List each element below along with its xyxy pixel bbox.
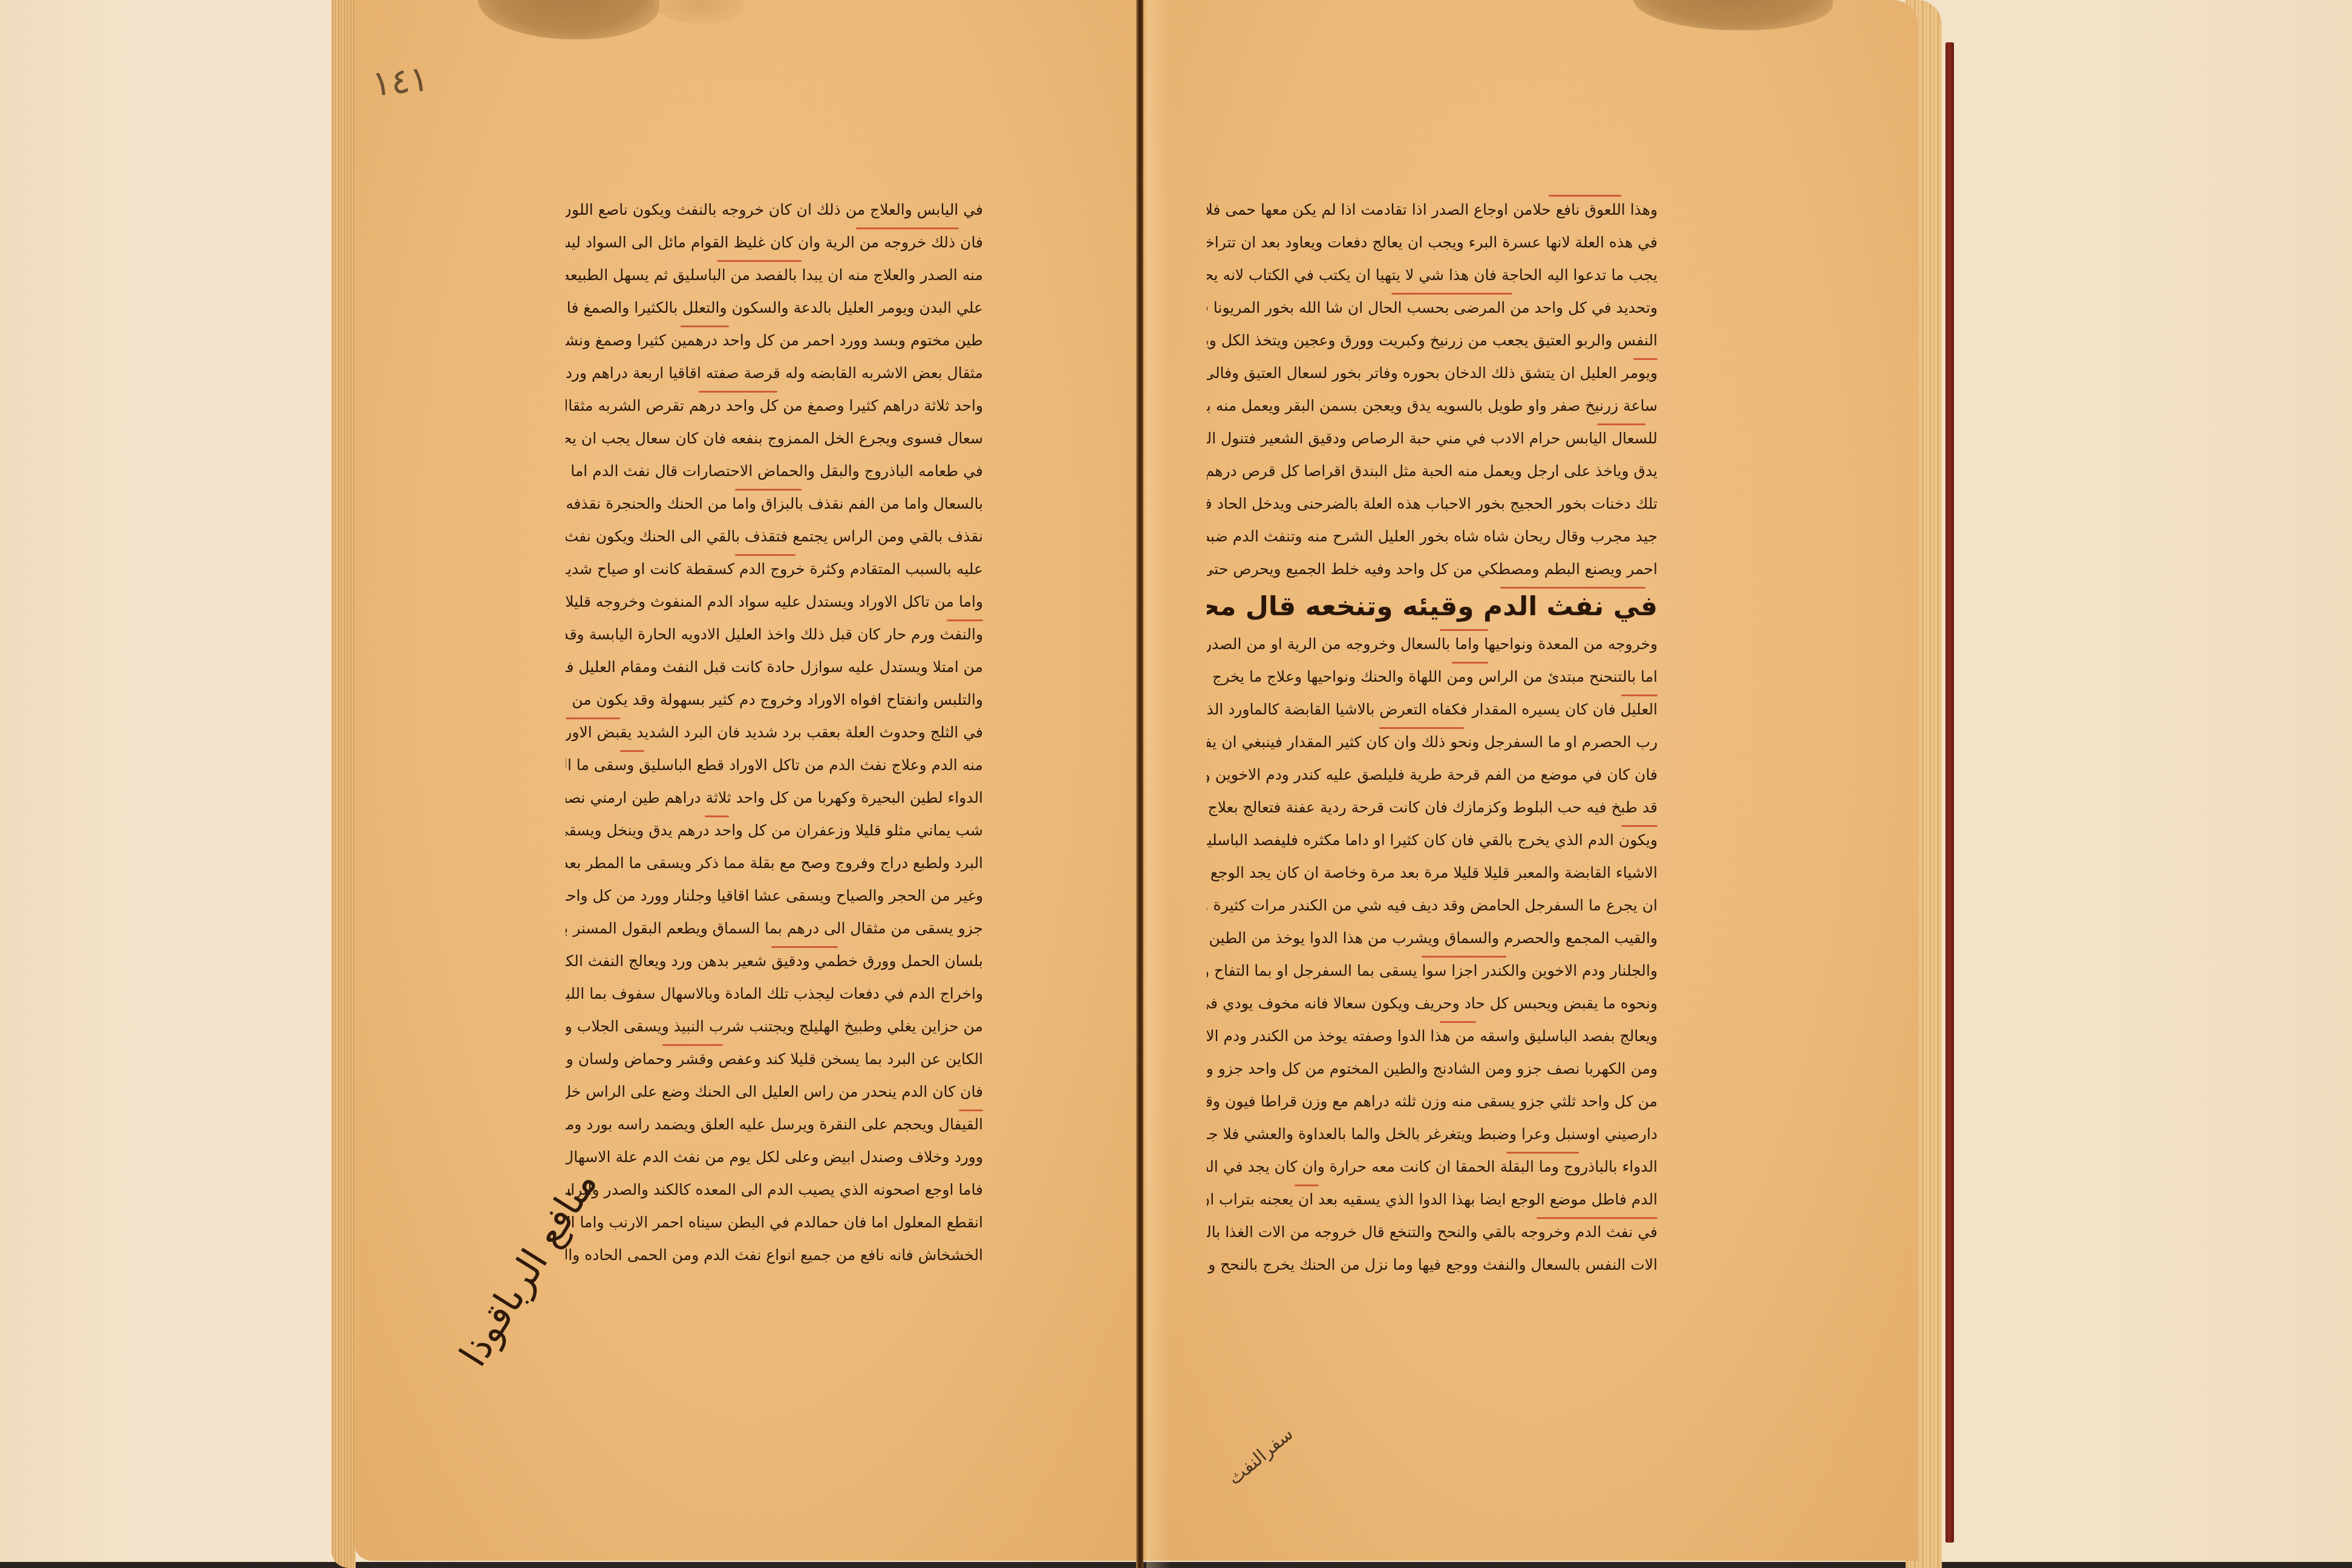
rubric-overline <box>566 717 620 719</box>
rubric-overline <box>771 946 838 948</box>
gutter-highlight <box>1146 0 1171 1568</box>
manuscript-line: ويكون الدم الذي يخرج بالقي فان كان كثيرا… <box>1207 824 1658 857</box>
right-page-text-block: وهذا اللعوق نافع حلامن اوجاع الصدر اذا ت… <box>1207 194 1658 1281</box>
manuscript-line: منه الصدر والعلاج منه ان يبدا بالفصد من … <box>566 259 983 292</box>
rubric-overline <box>947 619 983 621</box>
manuscript-line: والجلنار ودم الاخوين والكندر اجزا سوا يس… <box>1207 955 1658 987</box>
rubric-overline <box>620 750 644 752</box>
manuscript-line: العليل فان كان يسيره المقدار فكفاه التعر… <box>1207 693 1658 726</box>
manuscript-line: من كل واحد ثلثي جزو يسقى منه وزن ثلثه در… <box>1207 1085 1658 1118</box>
rubric-overline <box>1379 727 1464 729</box>
manuscript-line: في الثلج وحدوث العلة بعقب برد شديد فان ا… <box>566 716 983 749</box>
rubric-overline <box>681 325 729 327</box>
manuscript-line: من امتلا ويستدل عليه سوازل حادة كانت قبل… <box>566 651 983 684</box>
manuscript-line: البرد ولطبع دراج وفروج وصح مع بقلة مما ذ… <box>566 847 983 880</box>
rubric-overline <box>1440 629 1488 631</box>
manuscript-line: وورد وخلاف وصندل ابيض وعلى لكل يوم من نف… <box>566 1141 983 1174</box>
manuscript-line: واخراج الدم في دفعات ليجذب تلك المادة وب… <box>566 978 983 1010</box>
rubric-overline <box>1506 1152 1579 1154</box>
manuscript-line: فاما اوجع اصحونه الذي يصيب الدم الى المع… <box>566 1174 983 1206</box>
manuscript-line: في اليابس والعلاج من ذلك ان كان خروجه با… <box>566 194 983 226</box>
manuscript-line: وهذا اللعوق نافع حلامن اوجاع الصدر اذا ت… <box>1207 194 1658 226</box>
manuscript-line: ونحوه ما يقبض ويحبس كل حاد وحريف ويكون س… <box>1207 987 1658 1020</box>
manuscript-line: بلسان الحمل وورق خطمي ودقيق شعير بدهن ور… <box>566 945 983 978</box>
manuscript-line: دارصيني اوسنبل وعرا وضبط ويتغرغر بالخل و… <box>1207 1118 1658 1151</box>
manuscript-line: والتلبس وانفتاح افواه الاوراد وخروج دم ك… <box>566 684 983 716</box>
red-cover-edge <box>1945 42 1954 1543</box>
manuscript-line: الات النفس بالسعال والنفث ووجع فيها وما … <box>1207 1249 1658 1281</box>
manuscript-line: عليه بالسبب المتقادم وكثرة خروج الدم كسق… <box>566 553 983 586</box>
manuscript-line: الدم فاطل موضع الوجع ايضا بهذا الدوا الذ… <box>1207 1183 1658 1216</box>
manuscript-line: مثقال بعض الاشربه القابضه وله قرصة صفته … <box>566 357 983 390</box>
rubric-overline <box>1633 358 1658 360</box>
rubric-overline <box>735 554 795 556</box>
rubric-overline <box>705 815 729 817</box>
manuscript-line: فان ذلك خروجه من الرية وان كان غليظ القو… <box>566 226 983 259</box>
folio-number: ١٤١ <box>370 57 431 104</box>
rubric-overline <box>1500 587 1645 589</box>
manuscript-line: بالسعال واما من الفم نقذف بالبزاق واما م… <box>566 488 983 520</box>
manuscript-line: ويومر العليل ان يتشق ذلك الدخان بحوره وف… <box>1207 357 1658 390</box>
rubric-overline <box>1621 825 1658 827</box>
manuscript-line: ساعة زرنيخ صفر واو طويل بالسويه يدق ويعج… <box>1207 390 1658 422</box>
manuscript-line: انقطع المعلول اما فان حمالدم في البطن سي… <box>566 1206 983 1239</box>
manuscript-line: جزو يسقى من مثقال الى درهم بما السماق وي… <box>566 912 983 945</box>
manuscript-line: للسعال اليابس حرام الادب في مني حبة الرص… <box>1207 422 1658 455</box>
rubric-overline <box>717 260 802 262</box>
manuscript-line: قد طبخ فيه حب البلوط وكزمازك فان كانت قر… <box>1207 791 1658 824</box>
manuscript-line: الدواء لطين البحيرة وكهربا من كل واحد ثل… <box>566 782 983 814</box>
manuscript-line: الاشياء القابضة والمعبر قليلا قليلا مرة … <box>1207 857 1658 889</box>
manuscript-line: فان كان في موضع من الفم قرحة طرية فليلصق… <box>1207 759 1658 791</box>
manuscript-line: نقذف بالقي ومن الراس يجتمع فتقذف بالقي ا… <box>566 520 983 553</box>
manuscript-line: واحد ثلاثة دراهم كثيرا وصمغ من كل واحد د… <box>566 390 983 422</box>
manuscript-line: وخروجه من المعدة ونواحيها واما بالسعال و… <box>1207 628 1658 661</box>
manuscript-line: في هذه العلة لانها عسرة البرء ويجب ان يع… <box>1207 226 1658 259</box>
manuscript-line: طين مختوم وبسد وورد احمر من كل واحد درهم… <box>566 324 983 357</box>
rubric-overline <box>662 1044 723 1046</box>
rubric-overline <box>1295 1184 1319 1186</box>
rubric-overline <box>856 227 959 229</box>
book-gutter <box>1136 0 1143 1568</box>
manuscript-line: سعال فسوى ويجرع الخل الممزوج بنفعه فان ك… <box>566 422 983 455</box>
manuscript-line: والنفث ورم حار كان قبل ذلك واخذ العليل ا… <box>566 618 983 651</box>
manuscript-line: رب الحصرم او ما السفرجل ونحو ذلك وان كان… <box>1207 726 1658 759</box>
manuscript-line: والقيب المجمع والحصرم والسماق ويشرب من ه… <box>1207 922 1658 955</box>
manuscript-line: واما من تاكل الاوراد ويستدل عليه سواد ال… <box>566 586 983 618</box>
manuscript-line: ويعالج بفصد الباسليق واسقه من هذا الدوا … <box>1207 1020 1658 1053</box>
rubric-overline <box>1452 662 1488 664</box>
manuscript-line: ومن الكهربا نصف جزو ومن الشادنج والطين ا… <box>1207 1053 1658 1085</box>
rubric-overline <box>735 489 802 491</box>
manuscript-line: منه الدم وعلاج نفث الدم من تاكل الاوراد … <box>566 749 983 782</box>
manuscript-line: في نفث الدم وخروجه بالقي والنحح والتنخع … <box>1207 1216 1658 1249</box>
manuscript-line: النفس والربو العتيق يجعب من زرنيخ وكبريت… <box>1207 324 1658 357</box>
rubric-overline <box>959 1109 983 1111</box>
manuscript-line: في طعامه الباذروج والبقل والحماض الاحتصا… <box>566 455 983 488</box>
rubric-overline <box>1621 694 1658 696</box>
manuscript-line: ان يجرع ما السفرجل الحامض وقد ديف فيه شي… <box>1207 889 1658 922</box>
manuscript-line: فان كان الدم ينحدر من راس العليل الى الح… <box>566 1076 983 1108</box>
rubric-overline <box>1391 293 1512 295</box>
rubric-overline <box>1597 423 1645 425</box>
rubric-overline <box>1549 195 1621 197</box>
manuscript-line: احمر ويصنع البطم ومصطكي من كل واحد وفيه … <box>1207 553 1658 586</box>
manuscript-line: وتحديد في كل واحد من المرضى بحسب الحال ا… <box>1207 292 1658 324</box>
section-heading: في نفث الدم وقيئه وتنخعه قال محمد يكون ا… <box>1207 586 1658 628</box>
manuscript-line: يدق وياخذ على ارجل ويعمل منه الحبة مثل ا… <box>1207 455 1658 488</box>
left-page-text-block: في اليابس والعلاج من ذلك ان كان خروجه با… <box>566 194 983 1272</box>
manuscript-line: جيد مجرب وقال ريحان شاه شاه بخور العليل … <box>1207 520 1658 553</box>
manuscript-line: الخشخاش فانه نافع من جميع انواع نفث الدم… <box>566 1239 983 1272</box>
manuscript-line: اما بالتنحنح مبتدئ من الراس ومن اللهاة و… <box>1207 661 1658 693</box>
manuscript-line: الدواء بالباذروج وما البقلة الحمقا ان كا… <box>1207 1151 1658 1183</box>
rubric-overline <box>699 391 777 393</box>
manuscript-line: يجب ما تدعوا اليه الحاجة فان هذا شي لا ي… <box>1207 259 1658 292</box>
manuscript-line: شب يماني مثلو قليلا وزعفران من كل واحد د… <box>566 814 983 847</box>
rubric-overline <box>1537 1217 1658 1219</box>
manuscript-line: علي البدن ويومر العليل بالدعة والسكون وا… <box>566 292 983 324</box>
rubric-overline <box>1440 1021 1476 1023</box>
manuscript-line: من حزاين يغلي وطبيخ الهليلج ويجتنب شرب ا… <box>566 1010 983 1043</box>
manuscript-line: الكاين عن البرد بما يسخن قليلا كند وعفص … <box>566 1043 983 1076</box>
left-page-block-edge <box>332 0 356 1568</box>
rubric-overline <box>1422 956 1506 958</box>
manuscript-line: تلك دخنات بخور الحجيج بخور الاحباب هذه ا… <box>1207 488 1658 520</box>
manuscript-line: وغير من الحجر والصياح ويسقى عشا اقاقيا و… <box>566 880 983 912</box>
manuscript-line: القيفال ويحجم على النقرة ويرسل عليه العل… <box>566 1108 983 1141</box>
